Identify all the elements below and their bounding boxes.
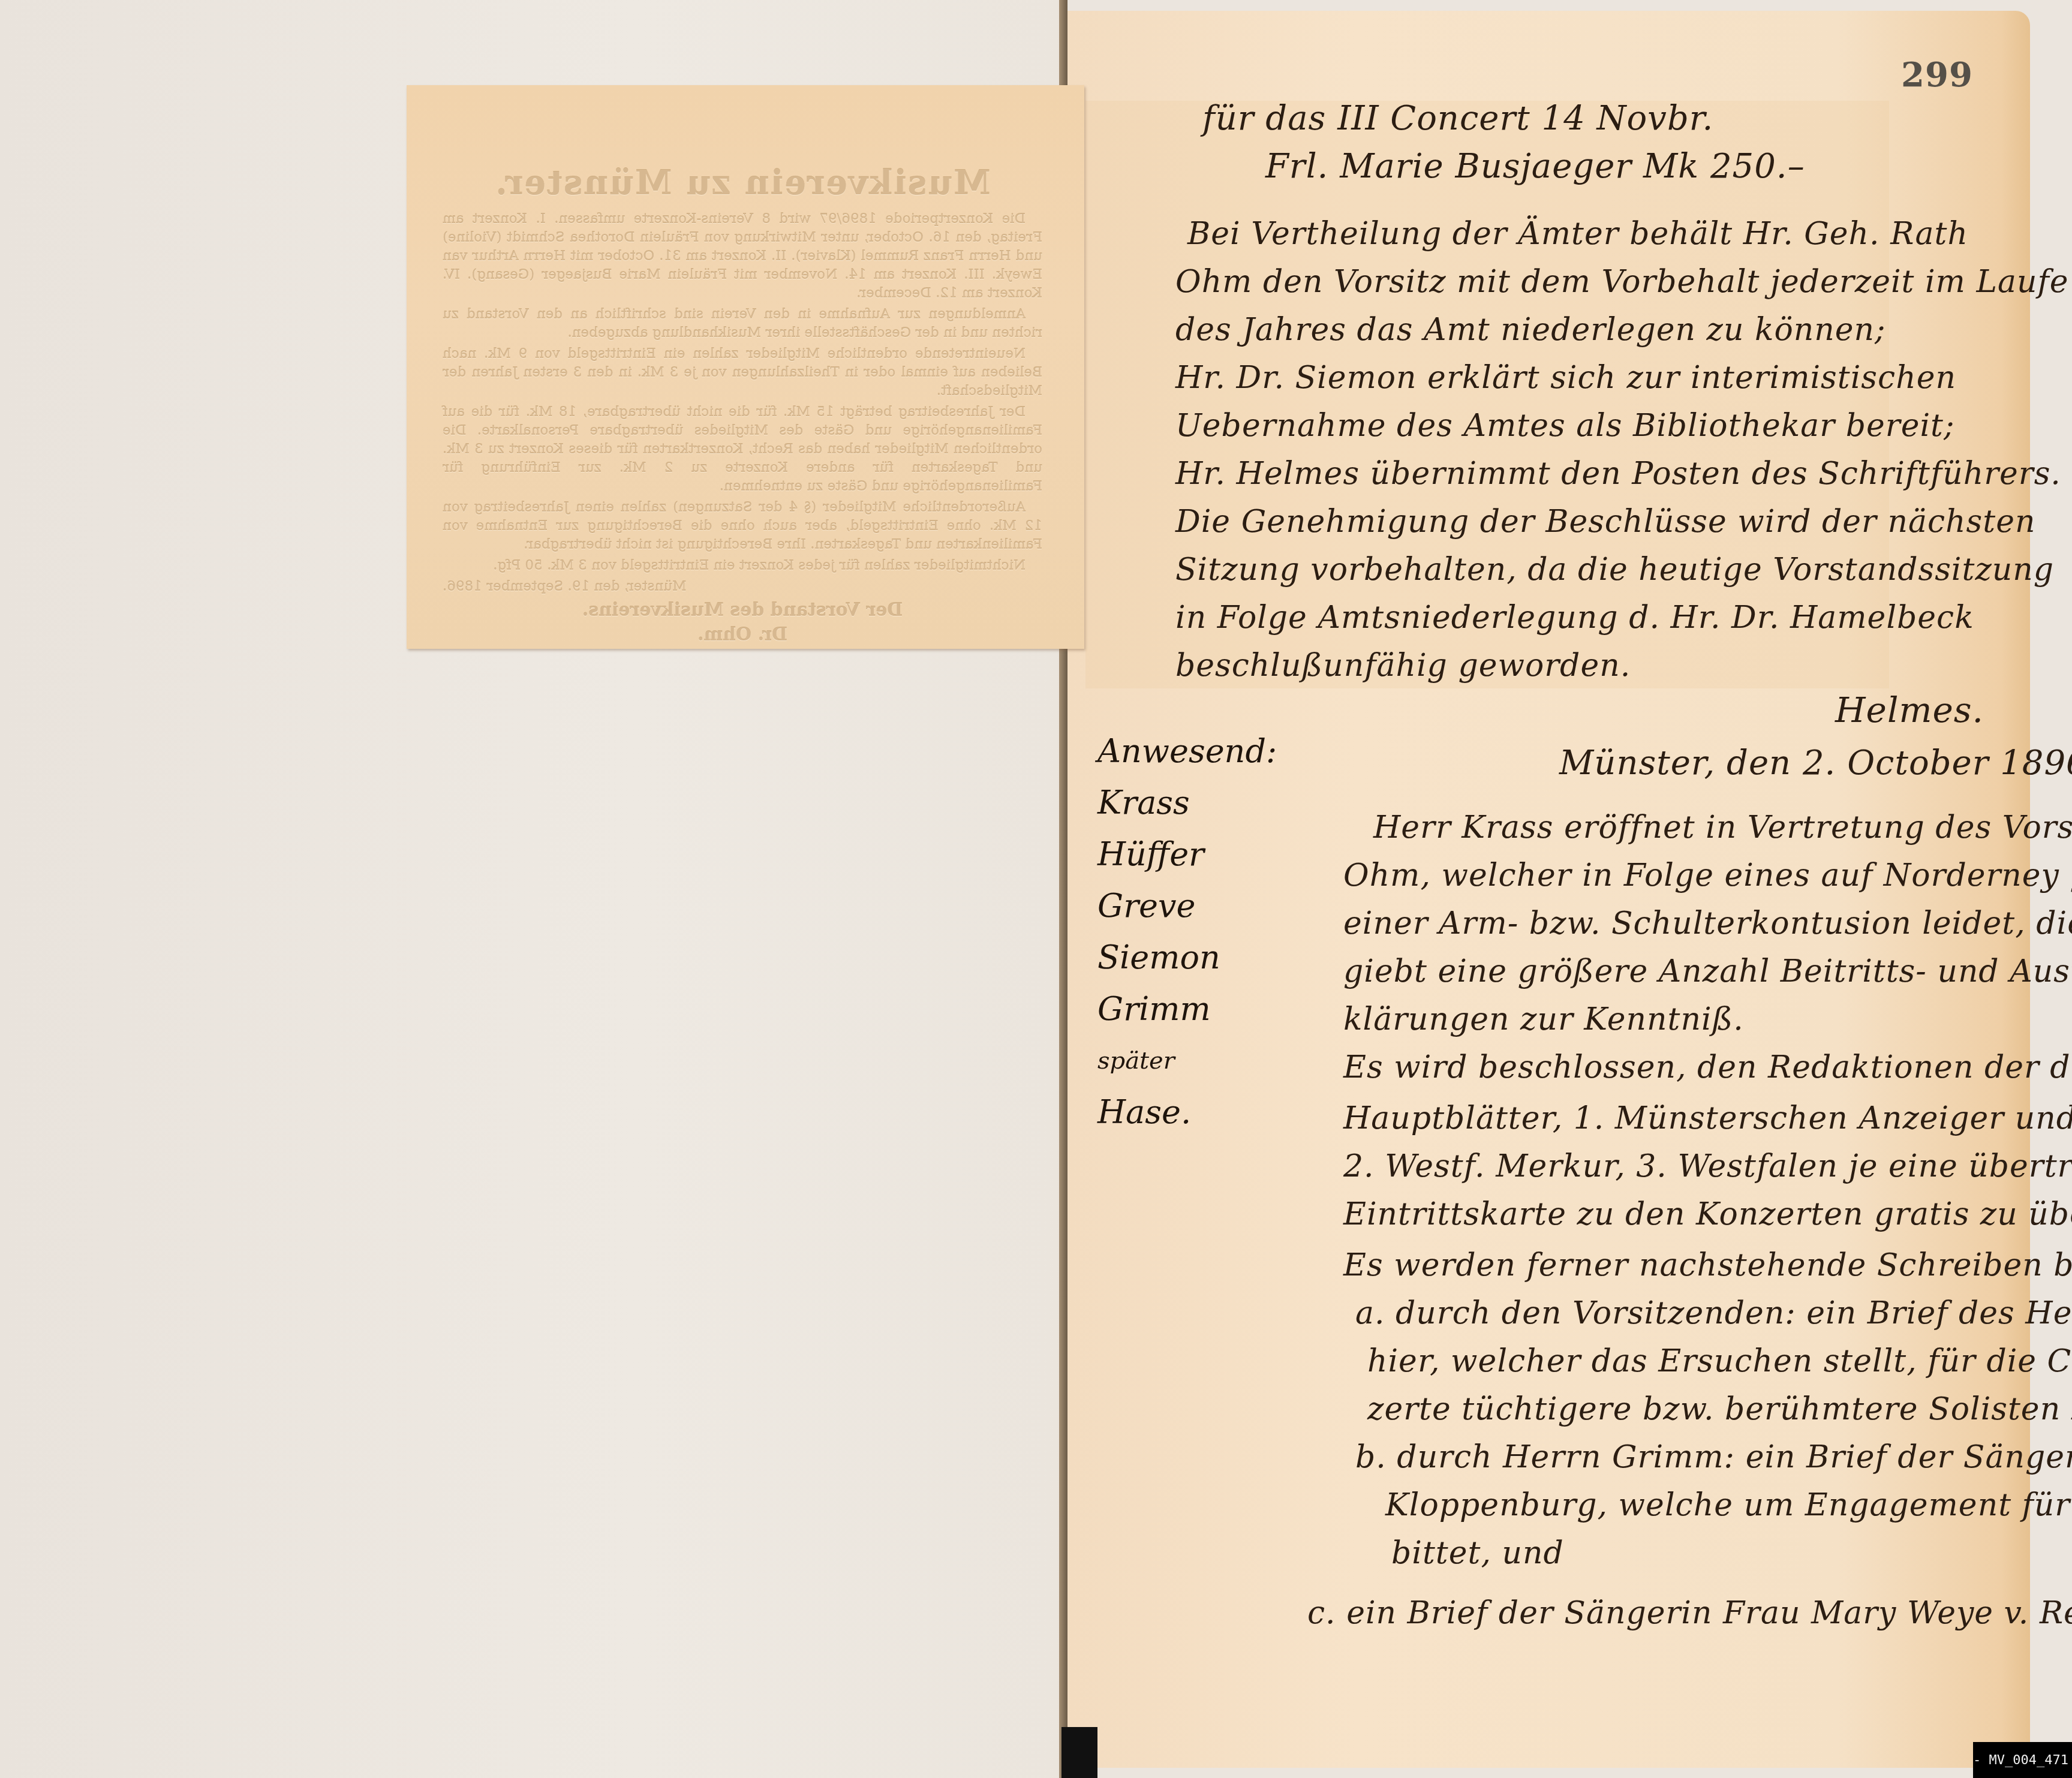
manuscript-line: Hr. Dr. Siemon erklärt sich zur interimi… [1175, 360, 1956, 396]
manuscript-line: Die Genehmigung der Beschlüsse wird der … [1175, 504, 2035, 540]
manuscript-line: Es wird beschlossen, den Redaktionen der… [1343, 1049, 2072, 1085]
clipping-title: Musikverein zu Münster. [443, 163, 1042, 203]
manuscript-line: klärungen zur Kenntniß. [1343, 1001, 1744, 1037]
manuscript-line: beschlußunfähig geworden. [1175, 648, 1631, 684]
manuscript-line: Sitzung vorbehalten, da die heutige Vors… [1175, 552, 2054, 588]
attendee: Krass [1097, 777, 1277, 829]
manuscript-line: 2. Westf. Merkur, 3. Westfalen je eine ü… [1343, 1148, 2072, 1184]
attendee: Hase. [1097, 1087, 1277, 1138]
attendance-list: Anwesend: Krass Hüffer Greve Siemon Grim… [1097, 726, 1277, 1138]
manuscript-line: Frl. Marie Busjaeger Mk 250.– [1265, 147, 1805, 186]
manuscript-line: einer Arm- bzw. Schulterkontusion leidet… [1343, 905, 2072, 941]
clipping-body: Die Konzertperiode 1896/97 wird 8 Verein… [443, 210, 1042, 596]
manuscript-line: Es werden ferner nachstehende Schreiben … [1343, 1247, 2072, 1283]
attendee-note: später [1097, 1035, 1277, 1087]
manuscript-line: Herr Krass eröffnet in Vertretung des Vo… [1373, 810, 2072, 846]
attendee: Grimm [1097, 983, 1277, 1035]
manuscript-line: Hauptblätter, 1. Münsterschen Anzeiger u… [1343, 1100, 2072, 1136]
manuscript-line: Hr. Helmes übernimmt den Posten des Schr… [1175, 456, 2061, 492]
manuscript-line: für das III Concert 14 Novbr. [1202, 99, 1713, 138]
manuscript-line: Uebernahme des Amtes als Bibliothekar be… [1175, 408, 1954, 444]
clipping-paragraph: Anmeldungen zur Aufnahme in den Verein s… [443, 305, 1042, 342]
manuscript-line: Bei Vertheilung der Ämter behält Hr. Geh… [1187, 216, 1968, 252]
scanned-document: Musikverein zu Münster. Die Konzertperio… [0, 0, 2072, 1778]
binding-shadow [1061, 1727, 1097, 1778]
manuscript-line: c. ein Brief der Sängerin Frau Mary Weye… [1307, 1595, 2072, 1631]
attendee: Greve [1097, 880, 1277, 932]
attendance-label: Anwesend: [1097, 726, 1277, 777]
attendee: Hüffer [1097, 829, 1277, 880]
newspaper-clipping: Musikverein zu Münster. Die Konzertperio… [407, 85, 1084, 649]
meeting-date-heading: Münster, den 2. October 1896. [1559, 744, 2072, 783]
manuscript-line: bittet, und [1391, 1535, 1564, 1571]
manuscript-line: hier, welcher das Ersuchen stellt, für d… [1367, 1343, 2072, 1379]
manuscript-line: Eintrittskarte zu den Konzerten gratis z… [1343, 1196, 2072, 1232]
clipping-paragraph: Nichtmitglieder zahlen für jedes Konzert… [443, 556, 1042, 575]
clipping-signature-name: Dr. Ohm. [443, 624, 1042, 645]
manuscript-line: des Jahres das Amt niederlegen zu können… [1175, 312, 1886, 348]
manuscript-line: Ohm den Vorsitz mit dem Vorbehalt jederz… [1175, 264, 2069, 300]
manuscript-line: Ohm, welcher in Folge eines auf Norderne… [1343, 858, 2072, 893]
secretary-signature: Helmes. [1835, 690, 1984, 730]
clipping-date-line: Münster, den 19. September 1896. [443, 577, 1042, 596]
attendee: Siemon [1097, 932, 1277, 983]
clipping-mirrored-print: Musikverein zu Münster. Die Konzertperio… [443, 163, 1042, 645]
manuscript-line: in Folge Amtsniederlegung d. Hr. Dr. Ham… [1175, 600, 1974, 636]
clipping-paragraph: Außerordentliche Mitglieder (§ 4 der Sat… [443, 498, 1042, 554]
manuscript-line: giebt eine größere Anzahl Beitritts- und… [1343, 953, 2072, 989]
clipping-paragraph: Die Konzertperiode 1896/97 wird 8 Verein… [443, 210, 1042, 303]
clipping-paragraph: Der Jahresbeitrag beträgt 15 Mk. für die… [443, 403, 1042, 496]
manuscript-line: zerte tüchtigere bzw. berühmtere Soliste… [1367, 1391, 2072, 1427]
clipping-paragraph: Neueintretende ordentliche Mitglieder za… [443, 345, 1042, 401]
clipping-signature-org: Der Vorstand des Musikvereins. [443, 600, 1042, 621]
manuscript-line: a. durch den Vorsitzenden: ein Brief des… [1355, 1295, 2072, 1331]
manuscript-line: Kloppenburg, welche um Engagement für ei… [1385, 1487, 2072, 1523]
page-number: 299 [1901, 55, 1973, 95]
manuscript-line: b. durch Herrn Grimm: ein Brief der Säng… [1355, 1439, 2072, 1475]
archive-label: StdAMs - MV_004_471 [1973, 1742, 2072, 1778]
